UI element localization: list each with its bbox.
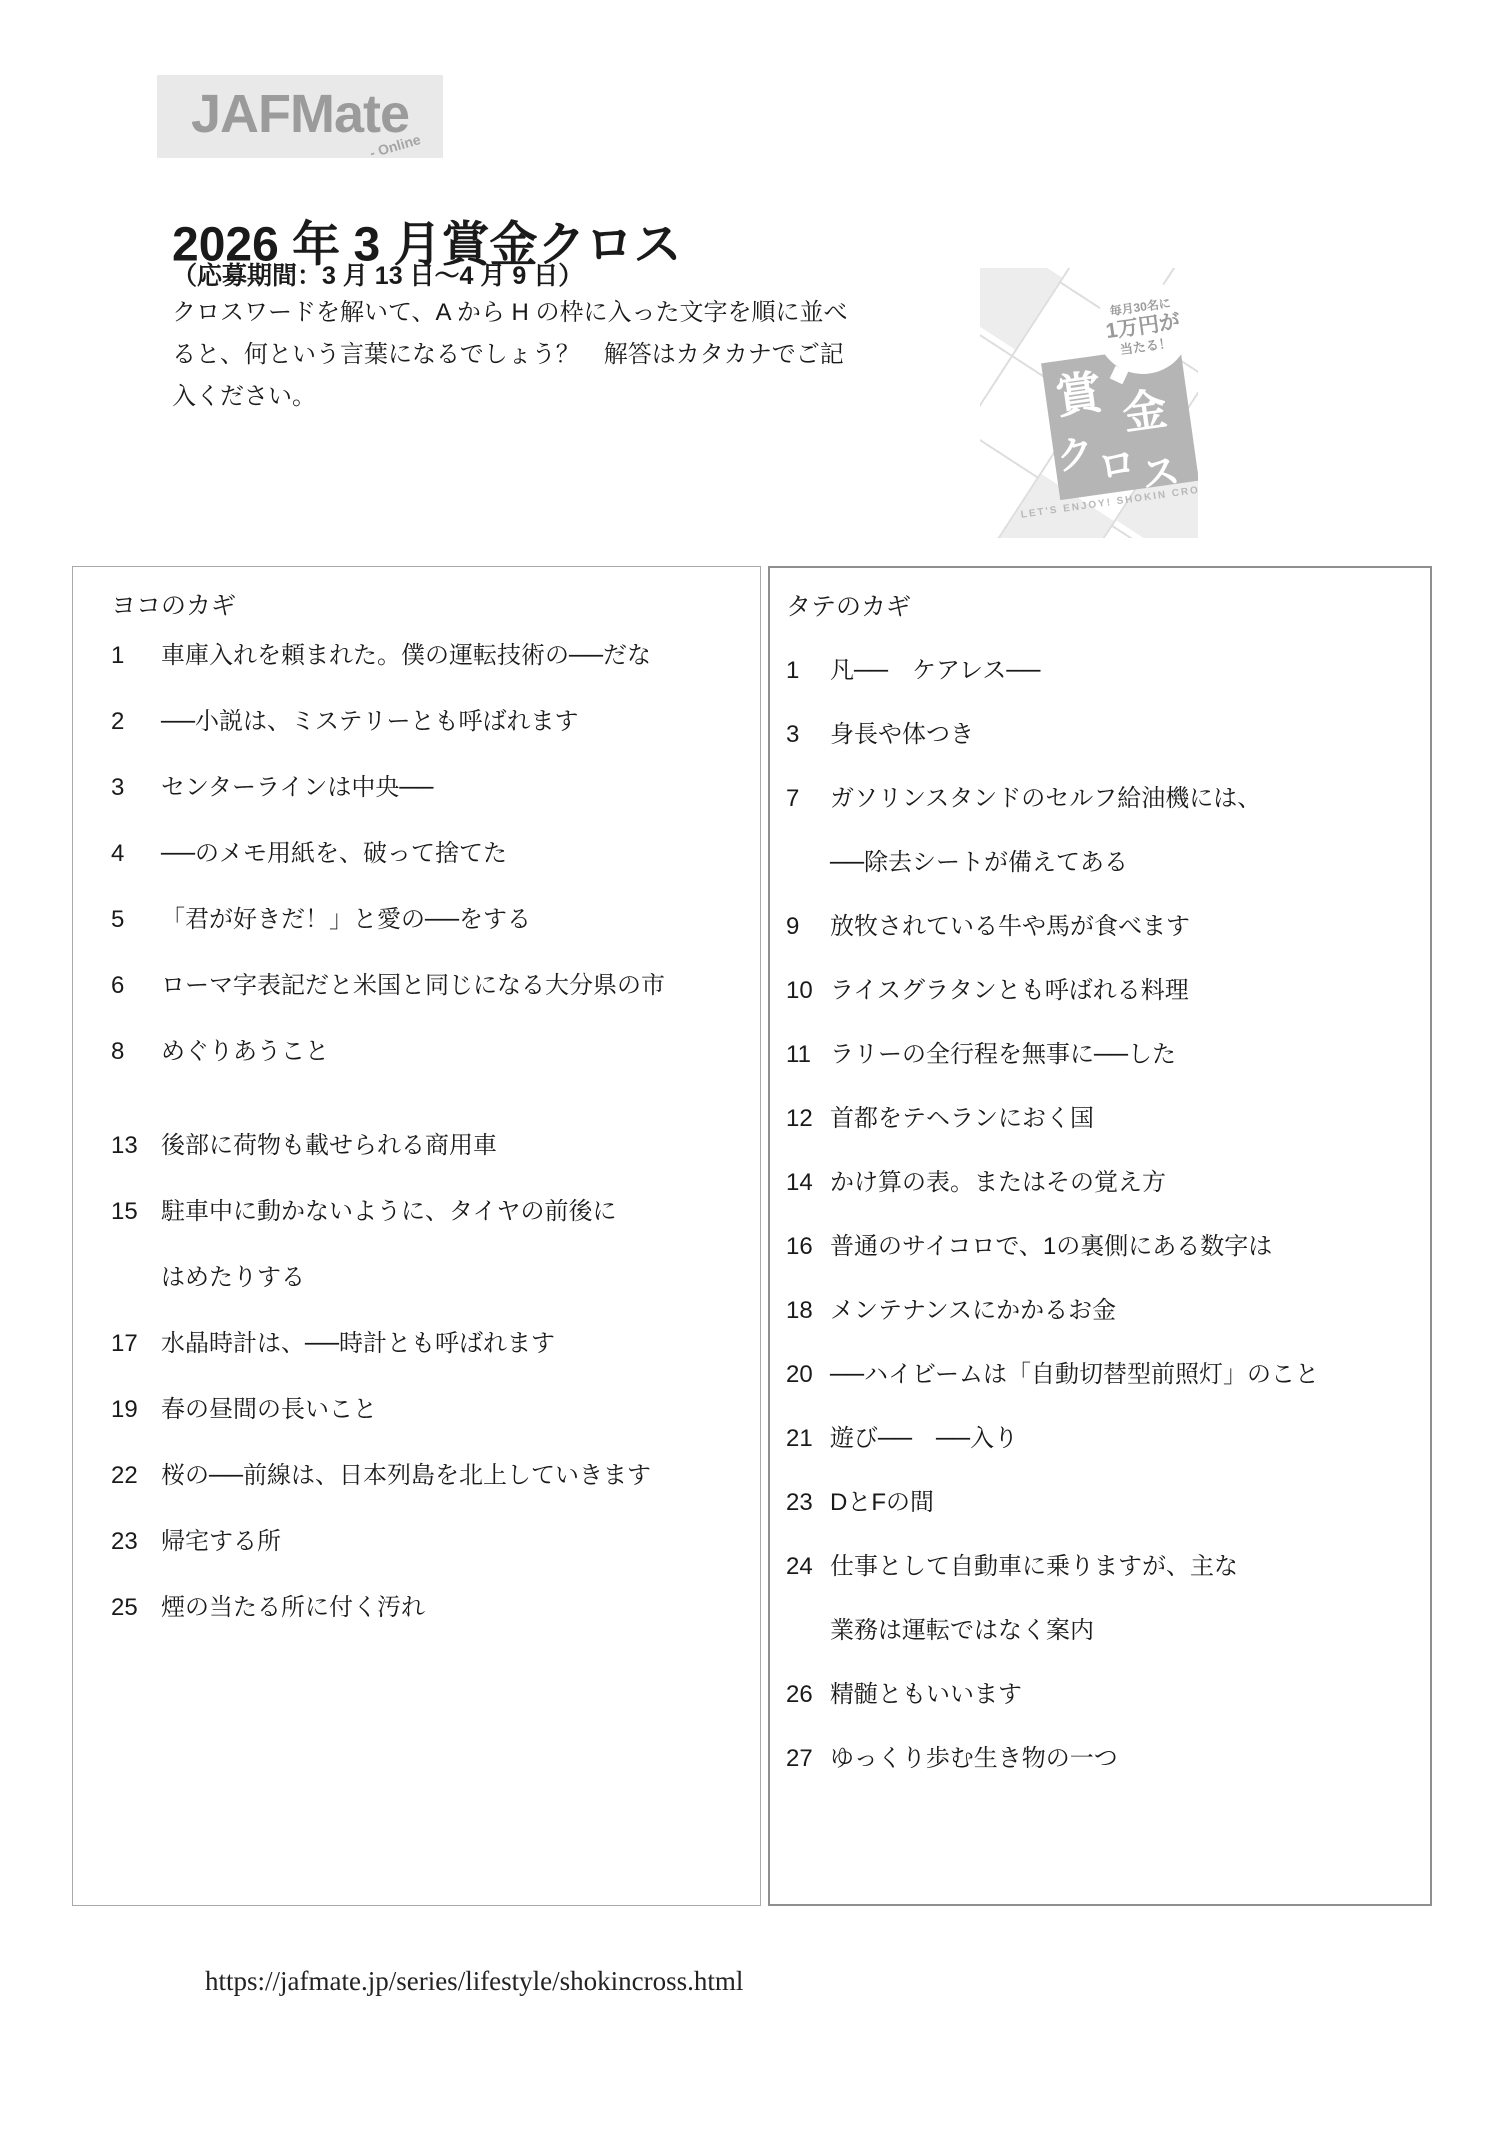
clue-row: 25煙の当たる所に付く汚れ [111,1595,746,1661]
clue-text-line: 帰宅する所 [161,1529,281,1555]
clue-row: 17水晶時計は、──時計とも呼ばれます [111,1331,746,1397]
badge-char: ロ [1094,431,1139,491]
clue-text: 身長や体つき [830,722,974,748]
source-url: https://jafmate.jp/series/lifestyle/shok… [205,1966,743,1997]
clue-number: 9 [786,914,830,940]
clue-number: 12 [786,1106,830,1132]
clue-number: 17 [111,1331,161,1357]
clue-text: センターラインは中央── [161,775,433,801]
clue-number: 3 [786,722,830,748]
clue-row: 5「君が好きだ！」と愛の──をする [111,907,746,973]
clue-text-line: 水晶時計は、──時計とも呼ばれます [161,1331,555,1357]
clue-text-line: 遊び── ──入り [830,1426,1018,1452]
clue-number: 27 [786,1746,830,1772]
clue-text-line: 首都をテヘランにおく国 [830,1106,1094,1132]
clue-row: 23帰宅する所 [111,1529,746,1595]
clue-number: 1 [786,658,830,684]
instructions: クロスワードを解いて、A から H の枠に入った文字を順に並べ ると、何という言… [172,292,848,418]
clue-number: 5 [111,907,161,933]
clue-row: 12首都をテヘランにおく国 [786,1106,1420,1170]
clue-row: 14かけ算の表。またはその覚え方 [786,1170,1420,1234]
entry-period: （応募期間：3 月 13 日～4 月 9 日） [172,256,583,292]
clue-text: かけ算の表。またはその覚え方 [830,1170,1166,1196]
clue-text: 車庫入れを頼まれた。僕の運転技術の──だな [161,643,651,669]
down-heading: タテのカギ [786,594,1420,620]
clue-row: 27ゆっくり歩む生き物の一つ [786,1746,1420,1810]
clue-text: ──小説は、ミステリーとも呼ばれます [161,709,579,735]
badge-char: ク [1052,421,1097,481]
clue-text: DとFの間 [830,1490,934,1516]
clue-row: 16普通のサイコロで、1の裏側にある数字は [786,1234,1420,1298]
clue-text: 駐車中に動かないように、タイヤの前後にはめたりする [161,1199,617,1291]
clue-row: 20──ハイビームは「自動切替型前照灯」のこと [786,1362,1420,1426]
clue-text-line: メンテナンスにかかるお金 [830,1298,1116,1324]
clue-row: 1凡── ケアレス── [786,658,1420,722]
clue-row: 2──小説は、ミステリーとも呼ばれます [111,709,746,775]
clue-number: 26 [786,1682,830,1708]
puzzle-page: JAFMate - Online 2026 年 3 月賞金クロス （応募期間：3… [0,0,1505,2129]
clue-text-line: 桜の──前線は、日本列島を北上していきます [161,1463,651,1489]
clue-text-line: 後部に荷物も載せられる商用車 [161,1133,497,1159]
clue-text-line: 普通のサイコロで、1の裏側にある数字は [830,1234,1272,1260]
clue-text-line: かけ算の表。またはその覚え方 [830,1170,1166,1196]
clue-text-continued: ──除去シートが備えてある [830,850,1261,876]
clue-text-line: ──小説は、ミステリーとも呼ばれます [161,709,579,735]
clue-number: 23 [111,1529,161,1555]
clue-row: 24仕事として自動車に乗りますが、主な業務は運転ではなく案内 [786,1554,1420,1682]
clue-text-line: 「君が好きだ！」と愛の──をする [161,907,531,933]
clue-number: 10 [786,978,830,1004]
clue-row: 3センターラインは中央── [111,775,746,841]
clue-text-line: DとFの間 [830,1490,934,1516]
clue-number: 15 [111,1199,161,1225]
clue-text-continued: 業務は運転ではなく案内 [830,1618,1238,1644]
clue-number: 2 [111,709,161,735]
clue-row: 1車庫入れを頼まれた。僕の運転技術の──だな [111,643,746,709]
instructions-line: クロスワードを解いて、A から H の枠に入った文字を順に並べ [172,292,848,334]
clue-text-line: 放牧されている牛や馬が食べます [830,914,1190,940]
clue-text-line: 凡── ケアレス── [830,658,1040,684]
shokin-cross-badge: 賞 金 ク ロ ス 毎月30名に 1万円が 当たる！ LET'S ENJOY! … [980,268,1198,538]
clue-text: 春の昼間の長いこと [161,1397,377,1423]
clue-text: めぐりあうこと [161,1039,329,1065]
clue-text: 煙の当たる所に付く汚れ [161,1595,425,1621]
clue-text-line: ローマ字表記だと米国と同じになる大分県の市 [161,973,665,999]
clue-text: 後部に荷物も載せられる商用車 [161,1133,497,1159]
down-clues-box: タテのカギ 1凡── ケアレス──3身長や体つき7ガソリンスタンドのセルフ給油機… [768,566,1432,1906]
clue-row: 8めぐりあうこと [111,1039,746,1105]
instructions-line: ると、何という言葉になるでしょう？ 解答はカタカナでご記 [172,334,848,376]
clue-text: ──のメモ用紙を、破って捨てた [161,841,507,867]
clue-number: 25 [111,1595,161,1621]
clue-row: 21遊び── ──入り [786,1426,1420,1490]
clue-text: 「君が好きだ！」と愛の──をする [161,907,531,933]
clue-text-line: 駐車中に動かないように、タイヤの前後に [161,1199,617,1225]
clue-text: ライスグラタンとも呼ばれる料理 [830,978,1189,1004]
clue-number: 11 [786,1042,830,1068]
clue-number: 8 [111,1039,161,1065]
clue-row: 23DとFの間 [786,1490,1420,1554]
clue-row: 6ローマ字表記だと米国と同じになる大分県の市 [111,973,746,1039]
clue-number: 4 [111,841,161,867]
clue-number: 20 [786,1362,830,1388]
grid-cell-decoration [980,268,1062,350]
clue-text-continued: はめたりする [161,1265,617,1291]
clue-text: 桜の──前線は、日本列島を北上していきます [161,1463,651,1489]
clue-text-line: 精髄ともいいます [830,1682,1022,1708]
clue-text-line: センターラインは中央── [161,775,433,801]
clue-text-line: ──ハイビームは「自動切替型前照灯」のこと [830,1362,1319,1388]
clue-row: 13後部に荷物も載せられる商用車 [111,1133,746,1199]
clue-text: ゆっくり歩む生き物の一つ [830,1746,1118,1772]
badge-char: 賞 [1051,356,1106,428]
across-clues-box: ヨコのカギ 1車庫入れを頼まれた。僕の運転技術の──だな2──小説は、ミステリー… [72,566,761,1906]
clue-number: 1 [111,643,161,669]
clue-number: 14 [786,1170,830,1196]
clue-text: 仕事として自動車に乗りますが、主な業務は運転ではなく案内 [830,1554,1238,1644]
clue-number: 19 [111,1397,161,1423]
clue-number: 16 [786,1234,830,1260]
clue-text-line: 春の昼間の長いこと [161,1397,377,1423]
clue-text: 放牧されている牛や馬が食べます [830,914,1190,940]
clue-number: 18 [786,1298,830,1324]
clue-number: 13 [111,1133,161,1159]
clue-text: メンテナンスにかかるお金 [830,1298,1116,1324]
clue-text-line: ゆっくり歩む生き物の一つ [830,1746,1118,1772]
clue-text: 普通のサイコロで、1の裏側にある数字は [830,1234,1272,1260]
clue-row: 3身長や体つき [786,722,1420,786]
clue-text: ローマ字表記だと米国と同じになる大分県の市 [161,973,665,999]
down-clue-list: 1凡── ケアレス──3身長や体つき7ガソリンスタンドのセルフ給油機には、──除… [786,658,1420,1810]
clue-text: ラリーの全行程を無事に──した [830,1042,1176,1068]
clue-text: 水晶時計は、──時計とも呼ばれます [161,1331,555,1357]
clue-row: 10ライスグラタンとも呼ばれる料理 [786,978,1420,1042]
clue-text: ガソリンスタンドのセルフ給油機には、──除去シートが備えてある [830,786,1261,876]
clue-row: 19春の昼間の長いこと [111,1397,746,1463]
across-clue-list: 1車庫入れを頼まれた。僕の運転技術の──だな2──小説は、ミステリーとも呼ばれま… [111,643,746,1661]
clue-text: 遊び── ──入り [830,1426,1018,1452]
clue-number: 24 [786,1554,830,1580]
clue-row: 7ガソリンスタンドのセルフ給油機には、──除去シートが備えてある [786,786,1420,914]
clue-text: 精髄ともいいます [830,1682,1022,1708]
clue-number: 7 [786,786,830,812]
clue-row: 15駐車中に動かないように、タイヤの前後にはめたりする [111,1199,746,1331]
clue-text-line: 煙の当たる所に付く汚れ [161,1595,425,1621]
clue-number: 6 [111,973,161,999]
clue-number: 22 [111,1463,161,1489]
clue-row: 9放牧されている牛や馬が食べます [786,914,1420,978]
instructions-line: 入ください。 [172,376,848,418]
jafmate-logo: JAFMate - Online [157,75,443,158]
clue-text-line: 仕事として自動車に乗りますが、主な [830,1554,1238,1580]
clue-text: 帰宅する所 [161,1529,281,1555]
clue-row: 26精髄ともいいます [786,1682,1420,1746]
clue-number: 23 [786,1490,830,1516]
across-heading: ヨコのカギ [111,593,746,619]
clue-text: 首都をテヘランにおく国 [830,1106,1094,1132]
clue-text-line: めぐりあうこと [161,1039,329,1065]
clue-row: 22桜の──前線は、日本列島を北上していきます [111,1463,746,1529]
clue-row: 18メンテナンスにかかるお金 [786,1298,1420,1362]
clue-text-line: ライスグラタンとも呼ばれる料理 [830,978,1189,1004]
clue-text-line: ラリーの全行程を無事に──した [830,1042,1176,1068]
clue-text-line: 車庫入れを頼まれた。僕の運転技術の──だな [161,643,651,669]
clue-text-line: ──のメモ用紙を、破って捨てた [161,841,507,867]
clue-number: 21 [786,1426,830,1452]
clue-row: 4──のメモ用紙を、破って捨てた [111,841,746,907]
clue-row: 11ラリーの全行程を無事に──した [786,1042,1420,1106]
clue-text: 凡── ケアレス── [830,658,1040,684]
clue-text-line: ガソリンスタンドのセルフ給油機には、 [830,786,1261,812]
clue-text-line: 身長や体つき [830,722,974,748]
clue-text: ──ハイビームは「自動切替型前照灯」のこと [830,1362,1319,1388]
clue-number: 3 [111,775,161,801]
